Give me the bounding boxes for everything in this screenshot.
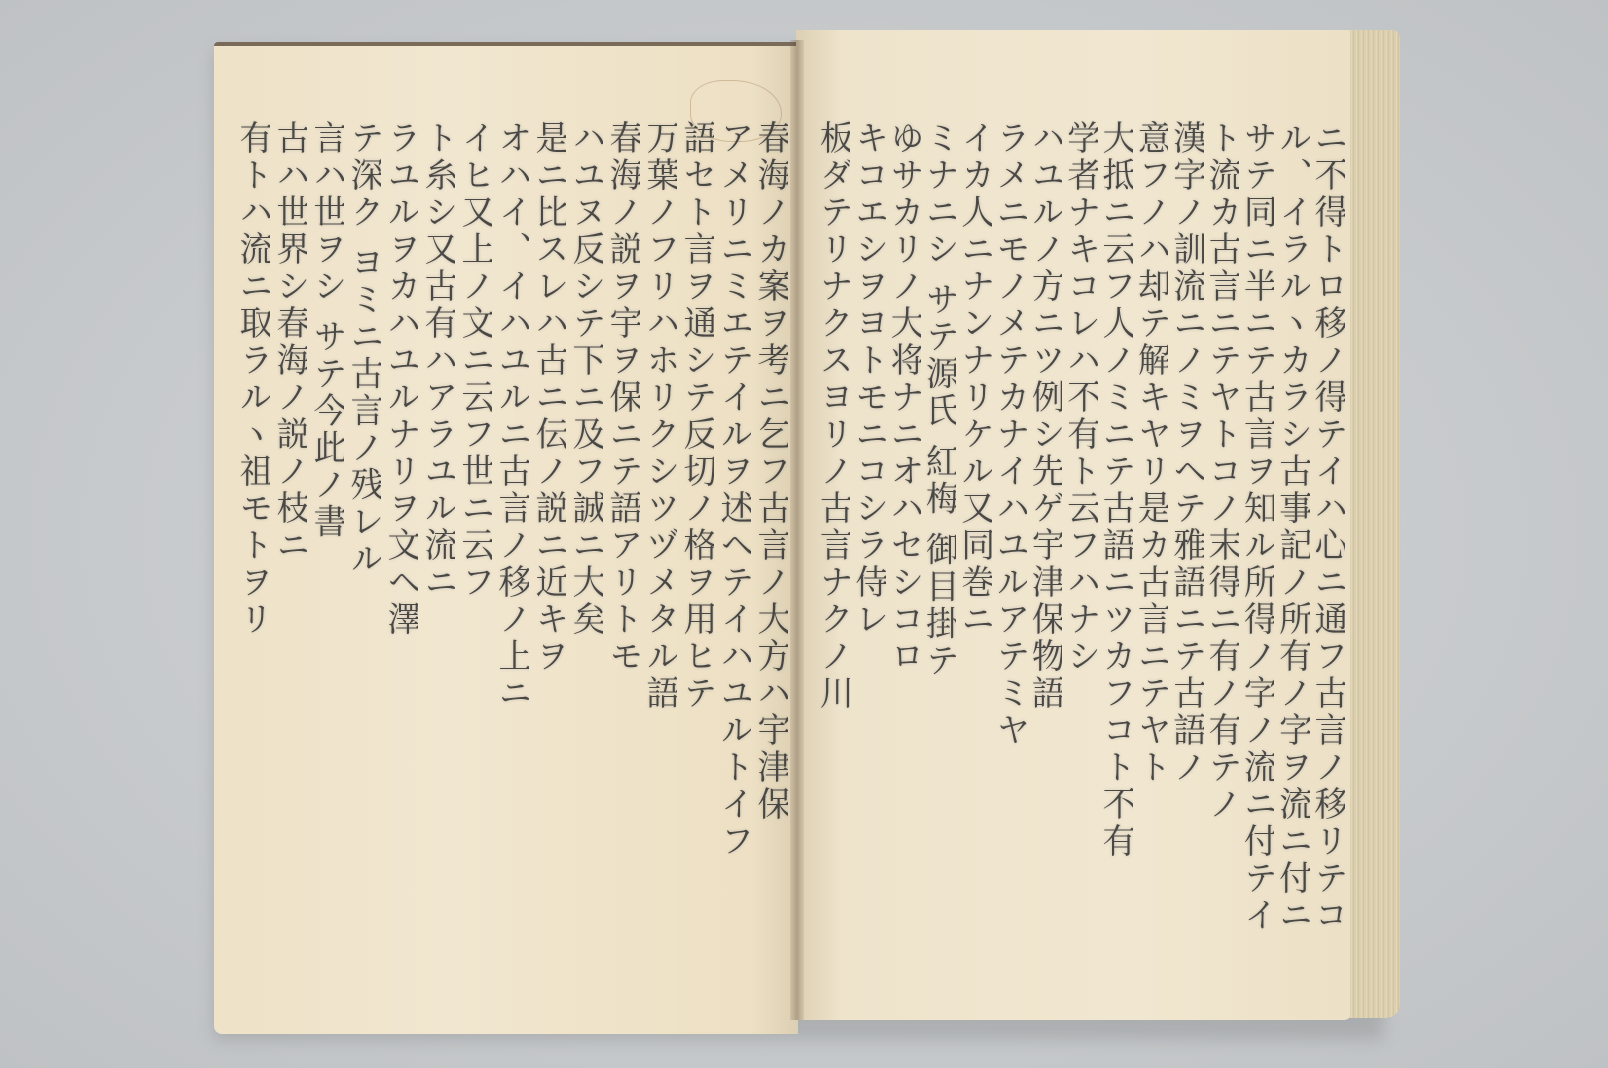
text-column: ハユルノ方ニツ例シ先ゲ宇津保物語 bbox=[1027, 120, 1062, 950]
text-column: アメリニミエテイルヲ述ヘテイハユルトイフ bbox=[714, 120, 751, 960]
text-column: オハイ、イハユルニ古言ノ移ノ上ニ bbox=[492, 120, 529, 960]
text-column: ル、イラルヽカラシ古事記ノ所有ノ字ヲ流ニ付ニノ bbox=[1274, 120, 1309, 950]
text-column: 大抵ニ云フ人ノミニテ古語ニツカフコト不有 bbox=[1098, 120, 1133, 950]
text-column: 有トハ流ニ取ラルヽ祖モトヲリ bbox=[233, 120, 270, 960]
text-column: テ深ク ヨミニ古言ノ残レル bbox=[344, 120, 381, 960]
text-column: ニ不得トロ移ノ得テイハ心ニ通フ古言ノ移リテコト bbox=[1310, 120, 1345, 950]
text-column: ハユヌ反シテ下ニ及フ誠ニ大矣 bbox=[566, 120, 603, 960]
text-column: イカ人ニナンナリケル又同巻ニ bbox=[956, 120, 991, 950]
text-column: ゆサカリノ大将ナニオハセシコロ bbox=[886, 120, 921, 950]
left-page-text: 春海ノカ案ヲ考ニ乞フ古言ノ大方ハ宇津保 アメリニミエテイルヲ述ヘテイハユルトイフ… bbox=[232, 120, 788, 960]
text-column: 言ハ世ヲシ サテ今此ノ書 bbox=[307, 120, 344, 960]
text-column: キコエシヲヨトモニコシラ侍レ bbox=[850, 120, 885, 950]
text-column: 春海ノカ案ヲ考ニ乞フ古言ノ大方ハ宇津保 bbox=[751, 120, 788, 960]
page-fore-edge bbox=[1350, 30, 1400, 1018]
right-page-text: ニ不得トロ移ノ得テイハ心ニ通フ古言ノ移リテコト ル、イラルヽカラシ古事記ノ所有ノ… bbox=[815, 120, 1345, 950]
text-column: ミナニシ サテ源氏 紅梅 御目掛テ bbox=[921, 120, 956, 950]
book-gutter bbox=[790, 40, 804, 1020]
text-column: 語セト言ヲ通シテ反切ノ格ヲ用ヒテ bbox=[677, 120, 714, 960]
text-column: イヒ又上ノ文ニ云フ世ニ云フ bbox=[455, 120, 492, 960]
text-column: 学者ナキコレハ不有ト云フハナシ bbox=[1062, 120, 1097, 950]
text-column: ト糸シ又古有ハアラユル流ニ bbox=[418, 120, 455, 960]
text-column: 意フノハ却テ解キヤリ是カ古言ニテヤト bbox=[1133, 120, 1168, 950]
text-column: 板ダテリナクスヨリノ古言ナクノ川 bbox=[815, 120, 850, 950]
text-column: ラメニモノメテカナイハユルアテミヤ bbox=[992, 120, 1027, 950]
text-column: ラユルヲカハユルナリヲ文ヘ澤 bbox=[381, 120, 418, 960]
text-column: サテ同ニ半ニテ古言ヲ知ル所得ノ字ノ流ニ付テイ bbox=[1239, 120, 1274, 950]
text-column: 万葉ノフリハホリクシツヅメタル語 bbox=[640, 120, 677, 960]
text-column: 春海ノ説ヲ宇ヲ保ニテ語アリトモ bbox=[603, 120, 640, 960]
text-column: ト流カ古言ニテヤトコノ末得ニ有ノ有テノ bbox=[1204, 120, 1239, 950]
text-column: 是ニ比スレハ古ニ伝ノ説ニ近キヲ bbox=[529, 120, 566, 960]
text-column: 古ハ世界シ春海ノ説ノ枝ニ bbox=[270, 120, 307, 960]
text-column: 漢字ノ訓流ニノミヲヘテ雅語ニテ古語ノ bbox=[1168, 120, 1203, 950]
